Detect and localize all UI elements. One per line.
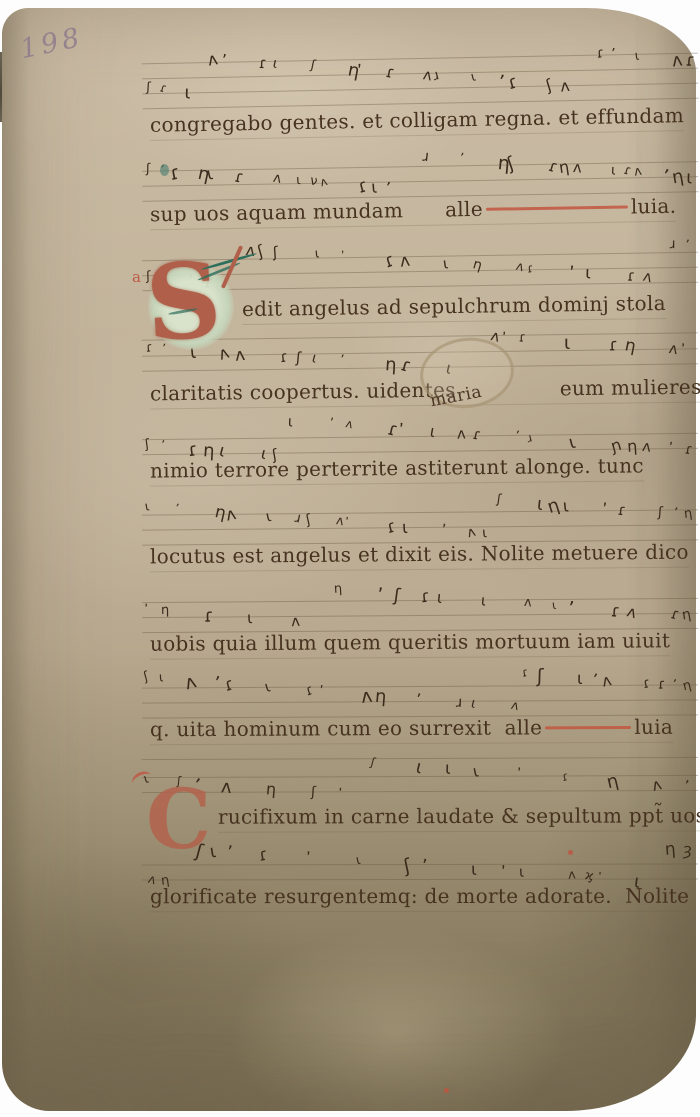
neume-glyph: ɾ: [259, 56, 267, 71]
green-ink-smudge: [160, 164, 169, 176]
chant-text: luia.: [631, 194, 677, 219]
neume-glyph: ʼ: [340, 354, 345, 367]
neume-glyph: ɾ: [669, 606, 680, 623]
neume-glyph: ʼ: [610, 47, 616, 61]
neume-glyph: ι: [263, 679, 272, 695]
red-ink-fleck: [444, 1088, 449, 1093]
neume-glyph: ɹ: [456, 695, 463, 710]
chant-text: claritatis coopertus. uidentes: [150, 378, 456, 406]
neume-glyph: ʌ: [600, 672, 612, 690]
neume-glyph: ι: [482, 526, 488, 540]
neume-glyph: ν: [309, 174, 318, 188]
neume-glyph: η: [265, 781, 276, 798]
neume-glyph: ɹ: [294, 511, 302, 526]
neume-glyph: ι: [144, 500, 151, 514]
neume-glyph: ʼ: [669, 441, 675, 455]
neume-staff: ʃɾιʌʼɾιʃηʼɾʌɹιʼɾʃʌɾʼιʌɾ: [141, 33, 698, 112]
chant-text: uobis quia illum quem queritis mortuum i…: [150, 628, 670, 655]
neume-glyph: ʃ: [144, 438, 150, 451]
neume-glyph: ʼ: [671, 506, 679, 520]
neume-glyph: ι: [551, 599, 557, 611]
neume-glyph: ι: [288, 414, 294, 429]
neume-glyph: ɾ: [519, 332, 526, 345]
neume-glyph: ʼ: [459, 152, 464, 165]
neume-glyph: ʼ: [590, 672, 598, 689]
neume-glyph: ɾ: [611, 603, 621, 621]
neume-glyph: ʌ: [668, 341, 679, 357]
neume-glyph: ɾ: [685, 53, 695, 71]
neume-glyph: ɾ: [204, 608, 214, 626]
neume-glyph: ɾ: [472, 427, 483, 443]
neume-glyph: ɾ: [223, 676, 236, 695]
neume-glyph: ɾ: [506, 73, 520, 93]
neume-glyph: η: [683, 507, 693, 521]
neume-glyph: ʌ: [183, 672, 199, 693]
neume-glyph: ʃ: [496, 493, 502, 506]
neume-glyph: ʌ: [560, 78, 571, 95]
neume-glyph: ι: [264, 509, 272, 525]
neume-glyph: ι: [564, 334, 571, 353]
neume-glyph: η: [385, 356, 397, 375]
neume-staff: ʃιʌʼɾιɾʼʌηʼɹιʌɾʃιʼʌɾɾʼη: [142, 664, 698, 719]
neume-glyph: ʌ: [399, 253, 411, 271]
neume-glyph: η: [627, 438, 638, 455]
neume-glyph: ι: [469, 71, 477, 85]
neume-glyph: ɾ: [279, 349, 289, 365]
neume-glyph: η: [558, 159, 570, 176]
neume-glyph: ʌ: [224, 506, 237, 525]
neume-glyph: ϗ: [584, 869, 595, 883]
neume-glyph: ʃ: [311, 785, 317, 799]
chant-text-line: rucifixum in carne laudate & sepultum pp…: [218, 803, 700, 832]
chant-text-line: edit angelus ad sepulchrum dominj stola: [242, 291, 666, 325]
neume-glyph: ʃ: [256, 243, 266, 260]
neume-glyph: ʃ: [369, 756, 376, 769]
neume-glyph: ʌ: [291, 614, 301, 630]
neume-glyph: η: [374, 688, 387, 707]
neume-glyph: ʃ: [544, 77, 554, 94]
chant-text-line: nimio terrore perterrite astiterunt alon…: [150, 453, 644, 486]
neume-glyph: η: [671, 168, 685, 188]
neume-glyph: ɾ: [382, 251, 397, 271]
neume-glyph: ʌ: [335, 514, 345, 528]
neume-glyph: ʌ: [633, 165, 643, 179]
chant-text: eum mulieres: [560, 375, 700, 401]
neume-glyph: ʼ: [319, 684, 325, 697]
neume-glyph: ι: [436, 590, 443, 607]
neume-glyph: ʌ: [510, 699, 521, 713]
neume-glyph: ι: [634, 50, 640, 63]
initial-s-letter: S: [143, 238, 224, 365]
neume-glyph: ι: [402, 520, 409, 537]
neume-glyph: ʼ: [517, 766, 524, 781]
chant-text-line: q. uita hominum cum eo surrexit alleluia: [150, 715, 673, 746]
neume-glyph: ɾ: [561, 770, 570, 783]
neume-glyph: ʼ: [422, 858, 428, 876]
alleluia-extender-line: [486, 205, 628, 210]
neume-glyph: ι: [585, 265, 591, 282]
neume-glyph: ʼ: [144, 603, 151, 617]
neume-glyph: ʃ: [305, 513, 313, 528]
neume-glyph: ι: [314, 247, 319, 260]
neume-glyph: ʃ: [393, 587, 401, 606]
neume-glyph: ι: [567, 434, 577, 453]
chant-text: locutus est angelus et dixit eis. Nolite…: [150, 540, 689, 569]
neume-glyph: ʼ: [683, 779, 690, 795]
neume-glyph: ʌ: [671, 51, 684, 70]
illuminated-initial-s: a S: [138, 254, 246, 358]
neume-glyph: ʃ: [402, 857, 412, 877]
neume-glyph: ʌ: [568, 869, 576, 882]
neume-glyph: ʼ: [338, 787, 344, 800]
neume-glyph: η: [682, 679, 693, 694]
neume-glyph: ʌ: [220, 778, 232, 797]
chant-text-line: glorificate resurgentemq: de morte adora…: [150, 884, 689, 913]
neume-glyph: η: [333, 582, 342, 595]
neume-glyph: ι: [480, 593, 487, 608]
neume-glyph: ʼ: [680, 342, 688, 357]
neume-glyph: ι: [428, 423, 436, 440]
neume-glyph: ι: [355, 854, 362, 868]
initial-c-letter: C: [146, 772, 211, 868]
neume-glyph: η: [605, 772, 620, 792]
neume-staff: ιʃʼʌηʃʼʃιιιʼɾηʌʼ: [142, 755, 698, 805]
chant-text: edit angelus ad sepulchrum dominj stola: [242, 291, 666, 321]
neume-glyph: ʃ: [146, 163, 151, 176]
neume-glyph: ɾ: [622, 164, 632, 178]
neume-glyph: ι: [310, 351, 318, 366]
neume-glyph: ʃ: [146, 81, 151, 94]
neume-glyph: ʌ: [360, 687, 374, 707]
chant-text: sup uos aquam mundam: [150, 198, 403, 226]
neume-glyph: ʌ: [650, 776, 663, 794]
neume-glyph: ι: [471, 763, 479, 780]
neume-glyph: ʌ: [465, 525, 477, 541]
neume-glyph: ʌ: [206, 51, 219, 70]
neume-glyph: ι: [271, 56, 279, 71]
chant-text: alle: [445, 197, 483, 222]
chant-text-line: locutus est angelus et dixit eis. Nolite…: [150, 540, 689, 573]
neume-glyph: ʌ: [457, 426, 466, 441]
chant-text-line: uobis quia illum quem queritis mortuum i…: [150, 628, 670, 659]
neume-glyph: ι: [247, 610, 253, 626]
neume-glyph: ʌ: [642, 269, 654, 286]
neume-glyph: ɾ: [356, 177, 370, 197]
neume-glyph: ɾ: [168, 163, 182, 184]
manuscript-page: 198 ʃɾιʌʼɾιʃηʼɾʌɹιʼɾʃʌɾʼιʌɾcongregabo ge…: [2, 8, 696, 1111]
neume-glyph: ʼ: [671, 678, 677, 692]
neume-glyph: ɾ: [304, 683, 315, 699]
neume-glyph: ʃ: [295, 350, 301, 365]
neume-glyph: ʼ: [569, 264, 578, 283]
neume-glyph: ι: [519, 865, 525, 880]
neume-glyph: ɹ: [431, 68, 440, 83]
neume-staff: ʼηɾιʌηʼʃɾιιʌιʼɾʌɾη: [142, 578, 698, 634]
neume-glyph: ʼ: [683, 239, 690, 253]
chant-text: luia: [634, 715, 673, 739]
neume-glyph: ɹ: [422, 149, 430, 165]
neume-glyph: ι: [611, 164, 616, 178]
neume-glyph: η: [471, 257, 483, 273]
neume-glyph: ʼ: [442, 523, 448, 538]
neume-glyph: ι: [296, 174, 301, 187]
neume-glyph: ʼ: [345, 515, 352, 528]
neume-glyph: ʌ: [345, 417, 355, 430]
neume-glyph: ʌ: [514, 260, 525, 275]
manuscript-photo: 198 ʃɾιʌʼɾιʃηʼɾʌɹιʼɾʃʌɾʼιʌɾcongregabo ge…: [0, 0, 700, 1117]
text-gap: [403, 216, 445, 217]
neume-glyph: η: [623, 337, 637, 356]
neume-glyph: ɲ: [609, 437, 623, 455]
folio-number: 198: [17, 22, 86, 66]
neume-glyph: ι: [184, 84, 191, 102]
neume-glyph: ɾ: [684, 442, 693, 457]
neume-glyph: ɾ: [386, 421, 399, 441]
neume-glyph: ɹ: [526, 431, 534, 444]
neume-glyph: ʼ: [340, 249, 347, 262]
neume-glyph: ɾ: [385, 518, 398, 537]
neume-glyph: ʌ: [272, 171, 283, 186]
neume-glyph: ʃ: [142, 670, 150, 684]
neume-glyph: ɾ: [617, 503, 626, 519]
neume-glyph: ʼ: [377, 586, 384, 605]
chant-text: glorificate resurgentemq: de morte adora…: [150, 884, 689, 909]
neume-glyph: ι: [414, 759, 424, 778]
neume-glyph: ɾ: [642, 676, 652, 691]
neume-glyph: ɾ: [658, 678, 666, 692]
neume-glyph: ʼ: [598, 870, 605, 883]
chant-text: rucifixum in carne laudate & sepultum pp…: [218, 803, 700, 828]
neume-glyph: ɾ: [420, 589, 431, 607]
neume-glyph: ʼ: [213, 675, 221, 694]
neume-glyph: ʼ: [602, 501, 609, 517]
neume-glyph: ʃ: [537, 667, 544, 686]
neume-staff: ʌηʃιʼɾʼιʃʼιʼιʌϗʼιηȝ: [142, 843, 698, 886]
neume-glyph: ι: [371, 180, 378, 197]
neume-glyph: ι: [159, 671, 164, 684]
neume-glyph: ʼ: [384, 180, 391, 197]
neume-glyph: ʼ: [330, 417, 334, 430]
neume-glyph: ι: [445, 761, 451, 778]
neume-glyph: ι: [471, 862, 477, 879]
neume-glyph: ɾ: [596, 46, 605, 61]
neume-glyph: ɾ: [521, 666, 529, 679]
neume-glyph: ɾ: [385, 64, 396, 81]
neume-glyph: ɾ: [399, 356, 413, 376]
neume-glyph: ʃ: [310, 59, 317, 73]
neume-glyph: ι: [562, 498, 569, 515]
chant-text: q. uita hominum cum eo surrexit alle: [150, 715, 542, 741]
neume-glyph: ι: [469, 696, 477, 711]
neume-glyph: ɾ: [159, 81, 168, 94]
neume-glyph: ʼ: [416, 692, 422, 708]
neume-glyph: ʌ: [625, 603, 638, 621]
neume-glyph: ɾ: [258, 847, 270, 865]
neume-glyph: ʼ: [174, 502, 181, 515]
neume-glyph: ȝ: [682, 842, 693, 860]
illuminated-initial-c: C: [136, 780, 222, 868]
alleluia-extender-line: [545, 726, 631, 729]
neume-glyph: ʼ: [567, 600, 575, 619]
neume-glyph: ʼ: [514, 430, 520, 444]
neume-glyph: η: [161, 604, 169, 617]
neume-glyph: η: [545, 496, 561, 517]
neume-glyph: ʼ: [500, 863, 509, 880]
neume-glyph: ʌ: [319, 175, 329, 188]
neume-staff: ιʼηʌιɹʃʌʼɾιʼʌιʃιηιʼɾʃʼη: [142, 489, 698, 546]
neume-glyph: ʼ: [497, 73, 506, 93]
neume-glyph: ʼ: [398, 422, 407, 440]
neume-glyph: ʼ: [660, 167, 670, 187]
rubricator-guide-letter: a: [132, 268, 141, 286]
neume-glyph: ι: [442, 256, 449, 272]
neume-glyph: ɹ: [670, 237, 676, 251]
neume-glyph: ι: [536, 496, 544, 515]
neume-glyph: ɾ: [609, 337, 618, 354]
neume-glyph: ʼ: [221, 53, 227, 69]
maria-annotation: maria: [428, 382, 483, 412]
neume-glyph: ʼ: [306, 850, 314, 866]
red-ink-fleck: [568, 850, 573, 855]
chant-text: nimio terrore perterrite astiterunt alon…: [150, 453, 644, 482]
neume-glyph: ʃ: [272, 245, 278, 260]
neume-glyph: η: [681, 607, 692, 622]
neume-glyph: ʼ: [227, 844, 234, 862]
neume-staff: ʃʼɾηιɾʌινʌɾιʼɹʼηʃɾηʌιɾʌʼηι: [142, 141, 699, 203]
neume-glyph: ι: [577, 671, 583, 688]
neume-glyph: ʌ: [523, 596, 532, 610]
neume-glyph: ɾ: [627, 269, 635, 284]
neume-glyph: ʌ: [572, 160, 582, 176]
neume-glyph: ʃ: [657, 506, 663, 520]
neume-glyph: ʼ: [502, 331, 509, 346]
neume-glyph: ɾ: [234, 168, 245, 185]
neume-glyph: ʼ: [161, 439, 166, 451]
neume-glyph: ι: [686, 169, 693, 187]
neume-glyph: η: [664, 841, 676, 859]
neume-glyph: ɾ: [526, 262, 534, 275]
